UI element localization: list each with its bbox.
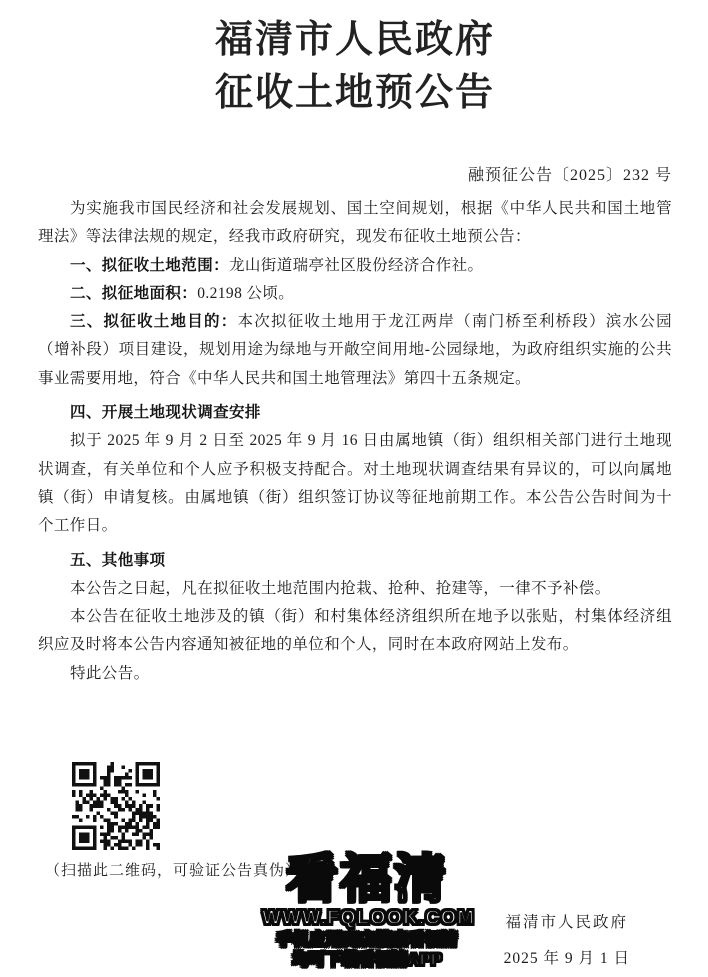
doc-number: 融预征公告〔2025〕232 号 (38, 162, 672, 185)
watermark-line-2: 均可下载看福清APP (262, 951, 472, 969)
closing-line: 特此公告。 (38, 660, 672, 688)
item-5-heading: 五、其他事项 (38, 547, 672, 575)
document-page: 福清市人民政府 征收土地预公告 融预征公告〔2025〕232 号 为实施我市国民… (0, 0, 708, 977)
signature-date: 2025 年 9 月 1 日 (504, 947, 630, 971)
document-title: 福清市人民政府 征收土地预公告 (38, 14, 672, 120)
title-line-2: 征收土地预公告 (38, 67, 672, 120)
item-1-label: 一、拟征收土地范围： (70, 257, 229, 274)
watermark: 看福清 WWW.FQLOOK.COM 手机应用商店搜索看福清 均可下载看福清AP… (262, 854, 472, 969)
intro-paragraph: 为实施我市国民经济和社会发展规划、国土空间规划，根据《中华人民共和国土地管理法》… (38, 195, 672, 252)
watermark-url: WWW.FQLOOK.COM (262, 908, 472, 929)
item-2-label: 二、拟征地面积： (70, 285, 197, 302)
item-1: 一、拟征收土地范围：龙山街道瑞亭社区股份经济合作社。 (38, 252, 672, 280)
signature-issuer: 福清市人民政府 (504, 911, 630, 935)
item-5-text-2: 本公告在征收土地涉及的镇（街）和村集体经济组织所在地予以张贴，村集体经济组织应及… (38, 603, 672, 660)
title-line-1: 福清市人民政府 (38, 14, 672, 67)
item-2: 二、拟征地面积：0.2198 公顷。 (38, 280, 672, 308)
item-4-heading: 四、开展土地现状调查安排 (38, 399, 672, 427)
document-body: 为实施我市国民经济和社会发展规划、国土空间规划，根据《中华人民共和国土地管理法》… (38, 195, 672, 688)
item-2-text: 0.2198 公顷。 (197, 285, 294, 302)
watermark-brand: 看福清 (262, 854, 472, 906)
item-4-text: 拟于 2025 年 9 月 2 日至 2025 年 9 月 16 日由属地镇（街… (38, 427, 672, 540)
item-3: 三、拟征收土地目的：本次拟征收土地用于龙江两岸（南门桥至利桥段）滨水公园（增补段… (38, 308, 672, 393)
signature-block: 福清市人民政府 2025 年 9 月 1 日 (504, 911, 630, 971)
item-5-text-1: 本公告之日起，凡在拟征收土地范围内抢栽、抢种、抢建等，一律不予补偿。 (38, 575, 672, 603)
watermark-line-1: 手机应用商店搜索看福清 (262, 931, 472, 949)
item-3-label: 三、拟征收土地目的： (70, 313, 237, 330)
qr-code-icon (70, 762, 162, 850)
item-1-text: 龙山街道瑞亭社区股份经济合作社。 (229, 257, 483, 274)
